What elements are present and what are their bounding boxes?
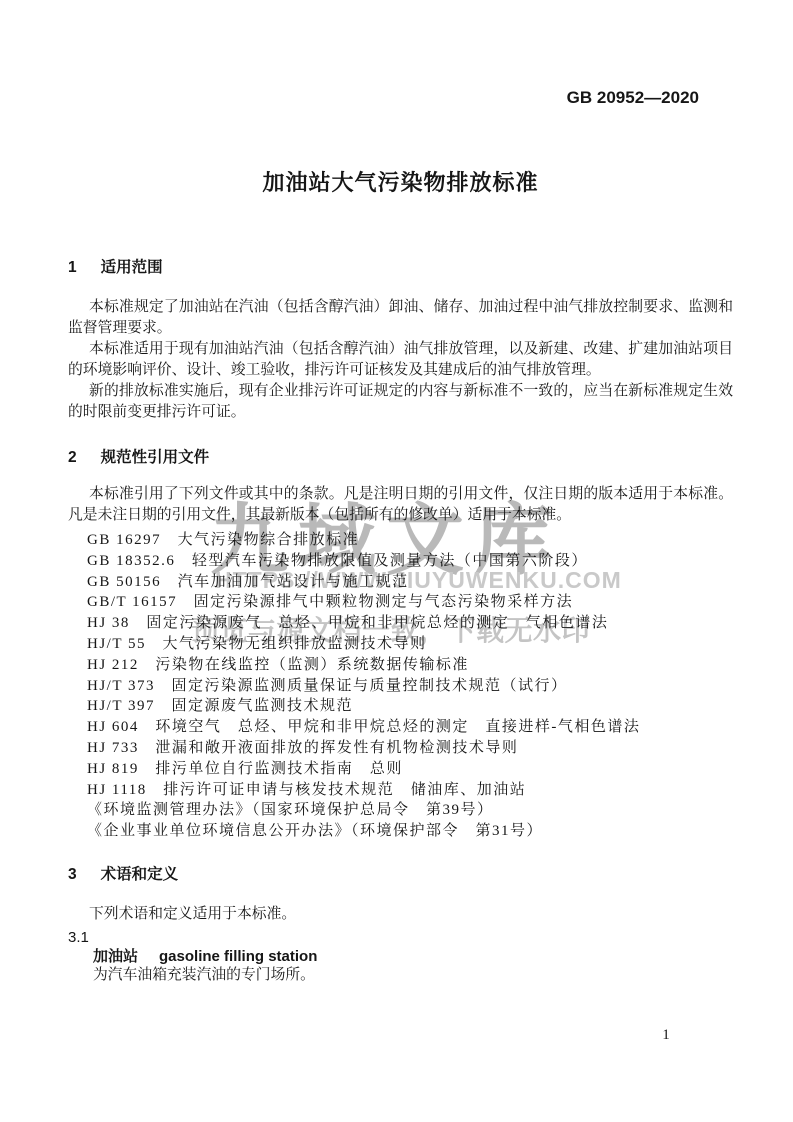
reference-item: HJ 38 固定污染源废气 总烃、甲烷和非甲烷总烃的测定 气相色谱法 [87,613,733,634]
reference-item: GB 50156 汽车加油加气站设计与施工规范 [87,572,733,593]
term-name-zh: 加油站 [93,948,138,965]
term-definition: 为汽车油箱充装汽油的专门场所。 [68,966,733,985]
section-3-number: 3 [68,864,77,885]
section-2-heading: 2规范性引用文件 [68,447,733,468]
document-title: 加油站大气污染物排放标准 [68,168,733,198]
scope-paragraph-2: 本标准适用于现有加油站汽油（包括含醇汽油）油气排放管理，以及新建、改建、扩建加油… [68,339,733,381]
section-2-title: 规范性引用文件 [101,449,210,466]
term-line: 加油站gasoline filling station [68,947,733,966]
section-1-number: 1 [68,257,77,278]
reference-item: HJ 1118 排污许可证申请与核发技术规范 储油库、加油站 [87,780,733,801]
reference-item: 《环境监测管理办法》（国家环境保护总局令 第39号） [87,800,733,821]
reference-list: GB 16297 大气污染物综合排放标准 GB 18352.6 轻型汽车污染物排… [68,530,733,842]
page-content: GB 20952—2020 加油站大气污染物排放标准 1适用范围 本标准规定了加… [68,0,733,985]
section-1-title: 适用范围 [101,259,163,276]
terms-intro: 下列术语和定义适用于本标准。 [68,905,733,924]
standard-number: GB 20952—2020 [68,86,733,110]
reference-item: HJ 733 泄漏和敞开液面排放的挥发性有机物检测技术导则 [87,738,733,759]
reference-item: HJ/T 55 大气污染物无组织排放监测技术导则 [87,634,733,655]
reference-item: 《企业事业单位环境信息公开办法》（环境保护部令 第31号） [87,821,733,842]
section-1-heading: 1适用范围 [68,257,733,278]
clause-number: 3.1 [68,928,733,947]
document-page: 九域文库 HTTPS://WWW.JIUYUWENKU.COM 预览与源文档一致… [0,0,793,1122]
reference-item: HJ 212 污染物在线监控（监测）系统数据传输标准 [87,655,733,676]
reference-item: GB 16297 大气污染物综合排放标准 [87,530,733,551]
section-3-heading: 3术语和定义 [68,864,733,885]
section-3-title: 术语和定义 [101,866,179,883]
reference-item: GB/T 16157 固定污染源排气中颗粒物测定与气态污染物采样方法 [87,592,733,613]
reference-item: HJ 604 环境空气 总烃、甲烷和非甲烷总烃的测定 直接进样-气相色谱法 [87,717,733,738]
reference-item: HJ 819 排污单位自行监测技术指南 总则 [87,759,733,780]
scope-paragraph-3: 新的排放标准实施后，现有企业排污许可证规定的内容与新标准不一致的，应当在新标准规… [68,381,733,423]
scope-paragraph-1: 本标准规定了加油站在汽油（包括含醇汽油）卸油、储存、加油过程中油气排放控制要求、… [68,297,733,339]
reference-item: HJ/T 397 固定源废气监测技术规范 [87,696,733,717]
page-number: 1 [656,1026,676,1045]
references-intro: 本标准引用了下列文件或其中的条款。凡是注明日期的引用文件，仅注日期的版本适用于本… [68,484,733,526]
reference-item: HJ/T 373 固定污染源监测质量保证与质量控制技术规范（试行） [87,676,733,697]
reference-item: GB 18352.6 轻型汽车污染物排放限值及测量方法（中国第六阶段） [87,551,733,572]
term-name-en: gasoline filling station [159,948,317,965]
section-2-number: 2 [68,447,77,468]
